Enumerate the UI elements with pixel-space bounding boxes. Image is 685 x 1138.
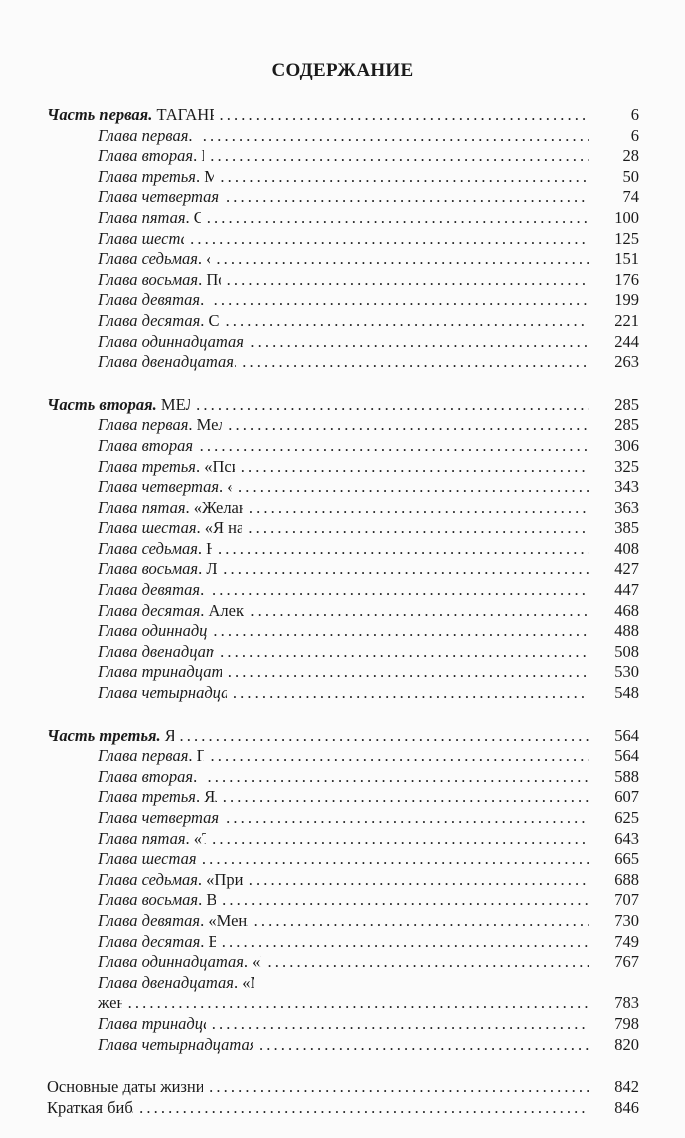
book-page: СОДЕРЖАНИЕ Часть первая. ТАГАНРОГ—МОСКВА… — [0, 0, 685, 1138]
chapter-title: Глава одиннадцатая. Палата № 16 — [98, 621, 207, 642]
chapter-label: Глава тринадцатая — [98, 1014, 206, 1033]
section-gap — [47, 1055, 639, 1077]
toc-chapter-row: Глава вторая. Холерное лето306 — [47, 436, 639, 457]
toc-chapter-row-continued: жена»783 — [47, 993, 639, 1014]
page-number: 798 — [595, 1014, 639, 1035]
section-gap — [47, 373, 639, 395]
part-label: Часть третья — [47, 726, 156, 745]
page-number: 767 — [595, 952, 639, 973]
chapter-title: Глава четырнадцатая. 1898 год. Накануне — [98, 683, 227, 704]
page-number: 846 — [595, 1098, 639, 1119]
chapter-name: Любил ли Чехов театр? — [206, 559, 217, 578]
chapter-title: Глава седьмая. Немодный литератор — [98, 539, 212, 560]
chapter-name: Ялтинская «оседлость» — [204, 787, 217, 806]
leader-dots — [241, 457, 589, 478]
toc-chapter-row: Глава двенадцатая. «Мифический муж» и «м… — [47, 973, 639, 994]
chapter-label: Глава пятая — [98, 498, 186, 517]
chapter-title: Глава десятая. Александринский театр, 17… — [98, 601, 244, 622]
chapter-label: Глава четвертая — [98, 187, 219, 206]
chapter-label: Глава седьмая — [98, 870, 198, 889]
chapter-label: Глава первая — [98, 415, 188, 434]
chapter-name: Мелиховское «герцогство» — [197, 415, 223, 434]
separator: . — [196, 457, 204, 476]
page-number: 408 — [595, 539, 639, 560]
toc-chapter-row: Глава пятая. «Точно спелёнатый»643 — [47, 829, 639, 850]
toc-part-row: Часть третья. ЯЛТА (1898—1904)564 — [47, 726, 639, 747]
page-number: 508 — [595, 642, 639, 663]
toc-chapter-row: Глава третья. Московское лихолетье50 — [47, 167, 639, 188]
page-number: 427 — [595, 559, 639, 580]
chapter-label: Глава десятая — [98, 311, 200, 330]
leader-dots — [267, 952, 589, 973]
part-title: Часть третья. ЯЛТА (1898—1904) — [47, 726, 174, 747]
chapter-title: Глава десятая. Сахалинская «пустыня» — [98, 311, 220, 332]
page-number: 221 — [595, 311, 639, 332]
leader-dots — [220, 105, 589, 126]
leader-dots — [212, 1014, 589, 1035]
toc-chapter-row: Глава седьмая. «Приезжай скорей, повенча… — [47, 870, 639, 891]
part-title: Часть первая. ТАГАНРОГ—МОСКВА (1860—1892… — [47, 105, 214, 126]
leader-dots — [223, 787, 589, 808]
appendix-name: Основные даты жизни и творчества А. П. Ч… — [47, 1077, 203, 1098]
toc-chapter-row: Глава первая. Первая зима в Ялте564 — [47, 746, 639, 767]
chapter-name: «Мифический муж» и «мифическая — [242, 973, 254, 992]
separator: . — [200, 932, 208, 951]
chapter-title: Глава тринадцатая. Полугодие в Ницце — [98, 662, 222, 683]
separator: . — [198, 539, 206, 558]
page-number: 842 — [595, 1077, 639, 1098]
leader-dots — [218, 539, 589, 560]
chapter-title: Глава пятая. «Точно спелёнатый» — [98, 829, 206, 850]
separator: . — [234, 973, 242, 992]
toc-chapter-row: Глава одиннадцатая. Палата № 16488 — [47, 621, 639, 642]
chapter-name: «Точно спелёнатый» — [194, 829, 206, 848]
leader-dots — [242, 352, 589, 373]
chapter-label: Глава шестая — [98, 849, 196, 868]
part-name: ЯЛТА (1898—1904) — [165, 726, 174, 745]
separator: . — [219, 187, 220, 206]
chapter-title: Глава седьмая. «Приезжай скорей, повенча… — [98, 870, 243, 891]
page-number: 343 — [595, 477, 639, 498]
chapter-label: Глава девятая — [98, 580, 200, 599]
toc-part-row: Часть первая. ТАГАНРОГ—МОСКВА (1860—1892… — [47, 105, 639, 126]
chapter-label: Глава третья — [98, 787, 196, 806]
leader-dots — [238, 477, 589, 498]
toc-chapter-row: Глава восьмая. В мечтах и «В мечтах»707 — [47, 890, 639, 911]
chapter-title: Глава четвертая. «Вакхическое настроение… — [98, 477, 232, 498]
chapter-name: Весна и странное лето — [209, 932, 216, 951]
chapter-title: Глава двенадцатая. «Мифический муж» и «м… — [98, 973, 254, 994]
toc-chapter-row: Глава четырнадцатая. 1898 год. Накануне5… — [47, 683, 639, 704]
part-name: МЕЛИХОВО (1892—1898) — [161, 395, 190, 414]
chapter-label: Глава восьмая — [98, 559, 198, 578]
toc-chapter-row: Глава шестая. Перепутье125 — [47, 229, 639, 250]
separator: . — [198, 249, 206, 268]
toc-chapter-row: Глава четырнадцатая. Ялта — Москва — Бад… — [47, 1035, 639, 1056]
separator: . — [186, 208, 194, 227]
chapter-title: Глава шестая. Перепутье — [98, 229, 184, 250]
chapter-label: Глава двенадцатая — [98, 973, 234, 992]
toc-chapter-row: Глава первая. Мелиховское «герцогство»28… — [47, 415, 639, 436]
page-number: 665 — [595, 849, 639, 870]
separator: . — [234, 352, 236, 371]
chapter-label: Глава седьмая — [98, 539, 198, 558]
toc-chapter-row: Глава десятая. Александринский театр, 17… — [47, 601, 639, 622]
chapter-name: Смутный 1887 год — [194, 208, 201, 227]
page-number: 363 — [595, 498, 639, 519]
page-number: 607 — [595, 787, 639, 808]
separator: . — [200, 311, 208, 330]
chapter-label: Глава девятая — [98, 290, 200, 309]
toc-chapter-row: Глава четвертая. Чехонте — Ан. Чехов74 — [47, 187, 639, 208]
page-number: 6 — [595, 105, 639, 126]
chapter-title: Глава третья. Московское лихолетье — [98, 167, 214, 188]
chapter-name: Неведомая юность — [201, 146, 204, 165]
chapter-name: «Где-то когда-то будем жить вместе...» — [252, 952, 261, 971]
leader-dots — [212, 829, 589, 850]
chapter-title: Глава тринадцатая. «Мой театр» — [98, 1014, 206, 1035]
appendix-name: Краткая библиография — [47, 1098, 133, 1119]
leader-dots — [210, 146, 589, 167]
chapter-label: Глава четвертая — [98, 477, 219, 496]
chapter-name: Александринский театр, 17 октября — [209, 601, 245, 620]
toc-chapter-row: Глава тринадцатая. «Мой театр»798 — [47, 1014, 639, 1035]
chapter-title: Глава девятая. «К славе и музам» — [98, 580, 206, 601]
chapter-title: Глава первая. Забытое детство — [98, 126, 197, 147]
page-number: 199 — [595, 290, 639, 311]
chapter-label: Глава восьмая — [98, 890, 198, 909]
chapter-label: Глава первая — [98, 126, 188, 145]
toc-chapter-row: Глава пятая. Смутный 1887 год100 — [47, 208, 639, 229]
leader-dots — [254, 911, 589, 932]
toc-chapter-row: Глава шестая. Снова в Ницце665 — [47, 849, 639, 870]
chapter-title: Глава первая. Первая зима в Ялте — [98, 746, 204, 767]
page-number: 447 — [595, 580, 639, 601]
page-number: 306 — [595, 436, 639, 457]
chapter-title: Глава шестая. «Я напишу что-нибудь стран… — [98, 518, 242, 539]
chapter-title: Глава пятая. «Желание жить» и «желание п… — [98, 498, 243, 519]
separator: . — [156, 726, 164, 745]
toc-chapter-row: Глава тринадцатая. Полугодие в Ницце530 — [47, 662, 639, 683]
page-number: 688 — [595, 870, 639, 891]
chapter-label: Глава четырнадцатая — [98, 1035, 253, 1054]
separator: . — [193, 436, 194, 455]
chapter-title: Глава десятая. Весна и странное лето — [98, 932, 216, 953]
chapter-label: Глава четвертая — [98, 808, 219, 827]
toc-chapter-row: Глава одиннадцатая. Итальянское головокр… — [47, 332, 639, 353]
chapter-title: Глава восьмая. Любил ли Чехов театр? — [98, 559, 217, 580]
leader-dots — [249, 870, 589, 891]
chapter-title: Глава восьмая. В мечтах и «В мечтах» — [98, 890, 216, 911]
toc-chapter-row: Глава двенадцатая. «Решено: вон из Москв… — [47, 352, 639, 373]
leader-dots — [214, 290, 589, 311]
part-label: Часть первая — [47, 105, 148, 124]
toc-chapter-row: Глава пятая. «Желание жить» и «желание п… — [47, 498, 639, 519]
toc-chapter-row: Глава одиннадцатая. «Где-то когда-то буд… — [47, 952, 639, 973]
page-number: 100 — [595, 208, 639, 229]
chapter-name: «Желание жить» и «желание писать» — [194, 498, 243, 517]
toc-chapter-row: Глава девятая. Дорога на Сахалин199 — [47, 290, 639, 311]
leader-dots — [220, 167, 589, 188]
leader-dots — [228, 415, 589, 436]
leader-dots — [226, 187, 589, 208]
chapter-label: Глава десятая — [98, 932, 200, 951]
leader-dots — [213, 621, 589, 642]
chapter-title: Глава двенадцатая. После клиники... — [98, 642, 214, 663]
leader-dots — [249, 498, 589, 519]
toc-chapter-row: Глава вторая. «Дело Суворина»588 — [47, 767, 639, 788]
leader-dots — [200, 436, 589, 457]
chapter-label: Глава одиннадцатая — [98, 332, 244, 351]
chapter-label: Глава вторая — [98, 767, 193, 786]
chapter-name: Первая зима в Ялте — [197, 746, 205, 765]
chapter-name: «Приезжай скорей, повенчаемся...» — [206, 870, 243, 889]
page-number: 564 — [595, 746, 639, 767]
chapter-label: Глава десятая — [98, 601, 200, 620]
page-number: 151 — [595, 249, 639, 270]
leader-dots — [222, 932, 589, 953]
page-number: 6 — [595, 126, 639, 147]
separator: . — [186, 829, 194, 848]
chapter-label: Глава двенадцатая — [98, 352, 234, 371]
toc-chapter-row: Глава шестая. «Я напишу что-нибудь стран… — [47, 518, 639, 539]
leader-dots — [203, 126, 589, 147]
leader-dots — [139, 1098, 589, 1119]
page-number: 325 — [595, 457, 639, 478]
chapter-title: Глава восьмая. Побег из «четырех стен» — [98, 270, 221, 291]
toc-chapter-row: Глава первая. Забытое детство6 — [47, 126, 639, 147]
chapter-label: Глава тринадцатая — [98, 662, 222, 681]
leader-dots — [190, 229, 589, 250]
separator: . — [200, 290, 208, 309]
separator: . — [153, 395, 161, 414]
chapter-title: Глава вторая. Неведомая юность — [98, 146, 204, 167]
toc-chapter-row: Глава вторая. Неведомая юность28 — [47, 146, 639, 167]
separator: . — [196, 787, 204, 806]
toc-chapter-row: Глава восьмая. Любил ли Чехов театр?427 — [47, 559, 639, 580]
chapter-title: Глава одиннадцатая. «Где-то когда-то буд… — [98, 952, 261, 973]
toc-chapter-row: Глава седьмая. «Решительный шаг»151 — [47, 249, 639, 270]
page-number: 285 — [595, 395, 639, 416]
leader-dots — [202, 849, 589, 870]
leader-dots — [226, 311, 589, 332]
separator: . — [200, 601, 208, 620]
chapter-label: Глава двенадцатая — [98, 642, 214, 661]
chapter-title: Глава третья. Ялтинская «оседлость» — [98, 787, 217, 808]
page-number: 548 — [595, 683, 639, 704]
chapter-title: Глава первая. Мелиховское «герцогство» — [98, 415, 222, 436]
chapter-label: Глава вторая — [98, 146, 193, 165]
chapter-name: «Меня ничто в Ялте не интересует...» — [208, 911, 247, 930]
separator: . — [188, 126, 196, 145]
chapter-name: «Решительный шаг» — [206, 249, 210, 268]
leader-dots — [233, 683, 589, 704]
section-gap — [47, 704, 639, 726]
page-number: 749 — [595, 932, 639, 953]
toc-chapter-row: Глава десятая. Весна и странное лето749 — [47, 932, 639, 953]
toc-appendix-row: Краткая библиография846 — [47, 1098, 639, 1119]
toc-chapter-row: Глава седьмая. Немодный литератор408 — [47, 539, 639, 560]
leader-dots — [228, 662, 589, 683]
page-title: СОДЕРЖАНИЕ — [0, 60, 685, 82]
chapter-label: Глава четырнадцатая — [98, 683, 227, 702]
chapter-title: Глава шестая. Снова в Ницце — [98, 849, 196, 870]
chapter-label: Глава шестая — [98, 518, 197, 537]
page-number: 125 — [595, 229, 639, 250]
chapter-label: Глава третья — [98, 167, 196, 186]
leader-dots — [226, 808, 589, 829]
chapter-title: Глава четвертая. Ужасно длинная зима — [98, 808, 220, 829]
leader-dots — [212, 580, 589, 601]
toc-chapter-row: Глава двенадцатая. После клиники...508 — [47, 642, 639, 663]
leader-dots — [216, 249, 589, 270]
chapter-title: Глава пятая. Смутный 1887 год — [98, 208, 201, 229]
separator: . — [198, 870, 206, 889]
page-number: 176 — [595, 270, 639, 291]
page-number: 50 — [595, 167, 639, 188]
leader-dots — [180, 726, 589, 747]
separator: . — [188, 746, 196, 765]
page-number: 74 — [595, 187, 639, 208]
leader-dots — [250, 332, 589, 353]
page-number: 263 — [595, 352, 639, 373]
chapter-label: Глава пятая — [98, 208, 186, 227]
toc-chapter-row: Глава четвертая. «Вакхическое настроение… — [47, 477, 639, 498]
chapter-title: Глава двенадцатая. «Решено: вон из Москв… — [98, 352, 236, 373]
chapter-name: Московское лихолетье — [204, 167, 214, 186]
page-number: 730 — [595, 911, 639, 932]
chapter-title: Глава вторая. Холерное лето — [98, 436, 194, 457]
chapter-label: Глава одиннадцатая — [98, 621, 207, 640]
page-number: 820 — [595, 1035, 639, 1056]
chapter-title: Глава вторая. «Дело Суворина» — [98, 767, 202, 788]
separator: . — [186, 498, 194, 517]
chapter-name: «Психопатическое настроение» — [204, 457, 235, 476]
page-number: 707 — [595, 890, 639, 911]
page-number: 588 — [595, 767, 639, 788]
separator: . — [197, 518, 205, 537]
leader-dots — [196, 395, 589, 416]
leader-dots — [227, 270, 589, 291]
chapter-label: Глава одиннадцатая — [98, 952, 244, 971]
separator: . — [219, 808, 220, 827]
separator: . — [196, 167, 204, 186]
separator: . — [244, 952, 252, 971]
page-number: 244 — [595, 332, 639, 353]
chapter-label: Глава пятая — [98, 829, 186, 848]
leader-dots — [220, 642, 589, 663]
page-number: 643 — [595, 829, 639, 850]
chapter-label: Глава вторая — [98, 436, 193, 455]
part-label: Часть вторая — [47, 395, 153, 414]
part-name: ТАГАНРОГ—МОСКВА (1860—1892) — [156, 105, 213, 124]
chapter-name: «Вакхическое настроение» — [227, 477, 232, 496]
chapter-name: Сахалинская «пустыня» — [209, 311, 220, 330]
chapter-title: Глава девятая. «Меня ничто в Ялте не инт… — [98, 911, 248, 932]
toc-chapter-row: Глава четвертая. Ужасно длинная зима625 — [47, 808, 639, 829]
chapter-name: В мечтах и «В мечтах» — [206, 890, 216, 909]
chapter-title: Глава одиннадцатая. Итальянское головокр… — [98, 332, 244, 353]
chapter-label: Глава девятая — [98, 911, 200, 930]
leader-dots — [210, 746, 589, 767]
separator: . — [200, 580, 206, 599]
page-number: 488 — [595, 621, 639, 642]
chapter-name: Побег из «четырех стен» — [206, 270, 220, 289]
page-number: 285 — [595, 415, 639, 436]
chapter-label: Глава восьмая — [98, 270, 198, 289]
page-number: 625 — [595, 808, 639, 829]
separator: . — [188, 415, 196, 434]
chapter-title: Глава четвертая. Чехонте — Ан. Чехов — [98, 187, 220, 208]
leader-dots — [223, 559, 589, 580]
leader-dots — [209, 1077, 589, 1098]
toc-chapter-row: Глава девятая. «К славе и музам»447 — [47, 580, 639, 601]
chapter-label: Глава шестая — [98, 229, 184, 248]
page-number: 28 — [595, 146, 639, 167]
part-title: Часть вторая. МЕЛИХОВО (1892—1898) — [47, 395, 190, 416]
toc-chapter-row: Глава восьмая. Побег из «четырех стен»17… — [47, 270, 639, 291]
toc-chapter-row: Глава третья. Ялтинская «оседлость»607 — [47, 787, 639, 808]
page-number: 564 — [595, 726, 639, 747]
leader-dots — [259, 1035, 589, 1056]
chapter-title: Глава четырнадцатая. Ялта — Москва — Бад… — [98, 1035, 253, 1056]
chapter-name-continued: жена» — [98, 993, 122, 1014]
page-number: 530 — [595, 662, 639, 683]
leader-dots — [128, 993, 589, 1014]
leader-dots — [208, 767, 589, 788]
chapter-label: Глава третья — [98, 457, 196, 476]
leader-dots — [248, 518, 589, 539]
leader-dots — [207, 208, 589, 229]
chapter-name: «Я напишу что-нибудь странное...» — [205, 518, 243, 537]
chapter-title: Глава седьмая. «Решительный шаг» — [98, 249, 210, 270]
page-number: 385 — [595, 518, 639, 539]
leader-dots — [222, 890, 589, 911]
toc-appendix-row: Основные даты жизни и творчества А. П. Ч… — [47, 1077, 639, 1098]
toc-chapter-row: Глава третья. «Психопатическое настроени… — [47, 457, 639, 478]
chapter-title: Глава девятая. Дорога на Сахалин — [98, 290, 208, 311]
toc-chapter-row: Глава десятая. Сахалинская «пустыня»221 — [47, 311, 639, 332]
chapter-label: Глава седьмая — [98, 249, 198, 268]
chapter-name: Немодный литератор — [206, 539, 212, 558]
toc-part-row: Часть вторая. МЕЛИХОВО (1892—1898)285 — [47, 395, 639, 416]
page-number: 783 — [595, 993, 639, 1014]
toc-chapter-row: Глава девятая. «Меня ничто в Ялте не инт… — [47, 911, 639, 932]
table-of-contents: Часть первая. ТАГАНРОГ—МОСКВА (1860—1892… — [47, 105, 639, 1118]
page-number: 468 — [595, 601, 639, 622]
chapter-label: Глава первая — [98, 746, 188, 765]
chapter-title: Глава третья. «Психопатическое настроени… — [98, 457, 235, 478]
leader-dots — [250, 601, 589, 622]
